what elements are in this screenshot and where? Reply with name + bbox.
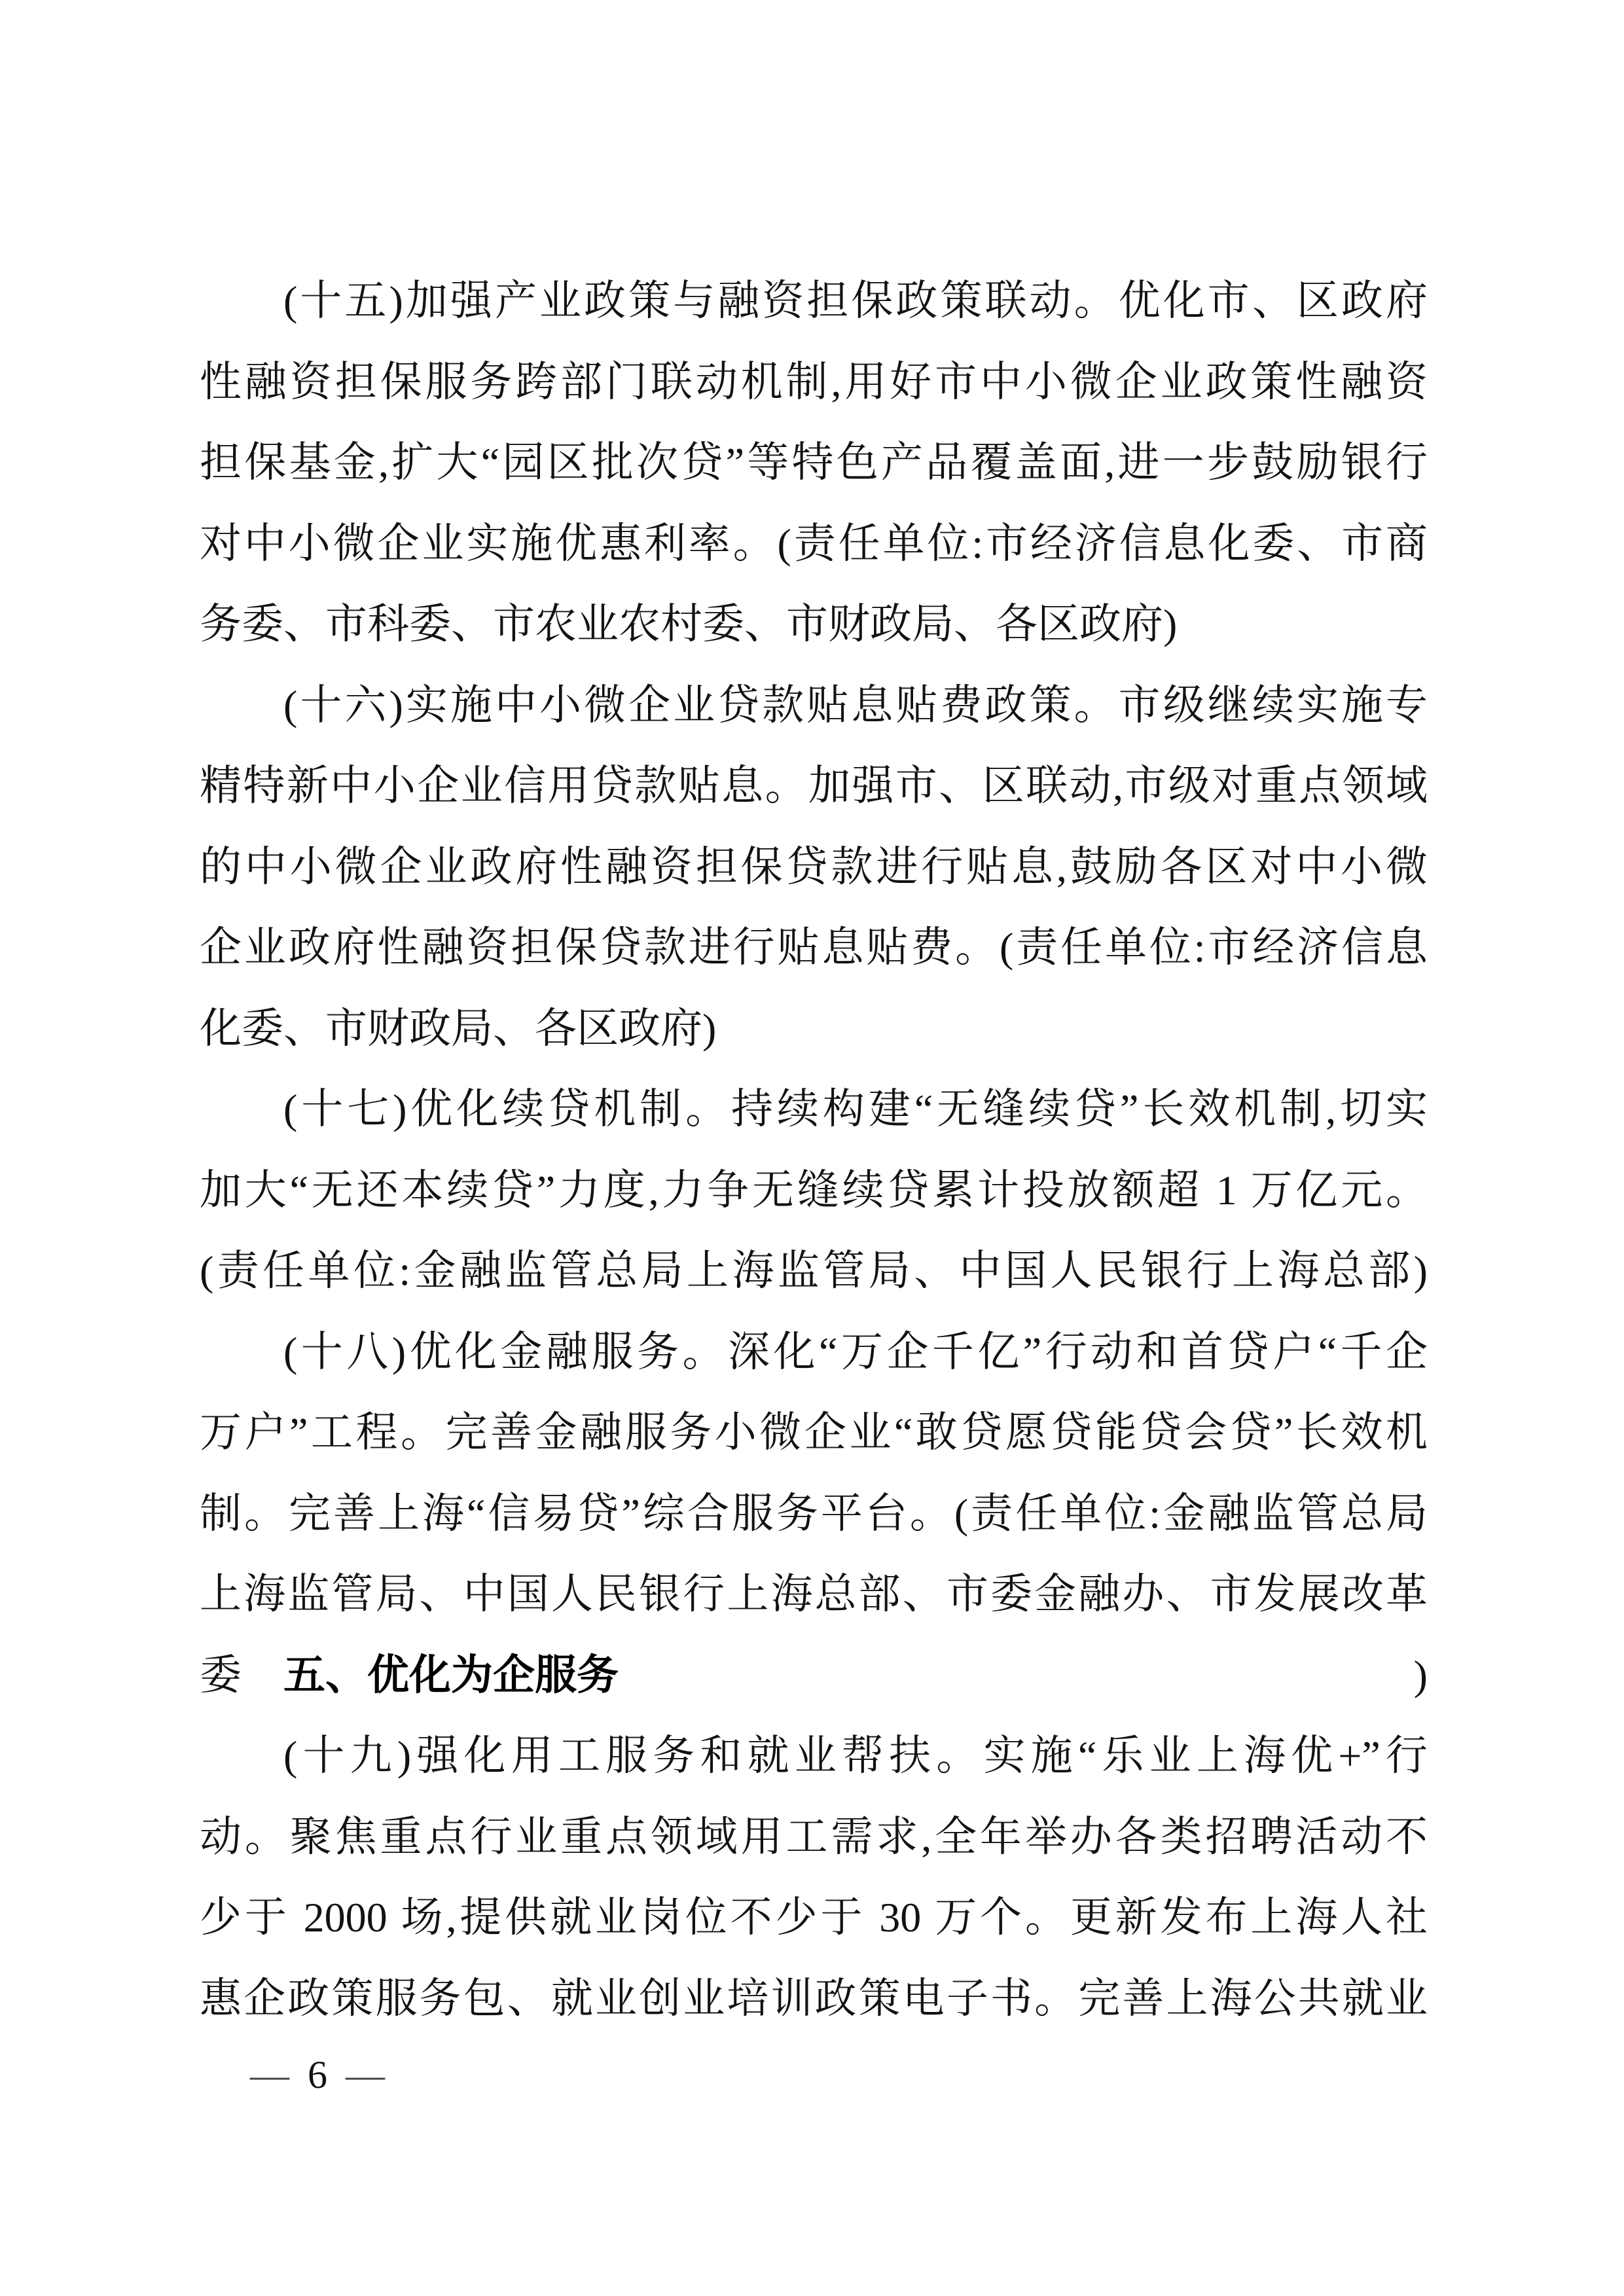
text-line: (十五)加强产业政策与融资担保政策联动。优化市、区政府 — [200, 260, 1428, 342]
text-line: (十六)实施中小微企业贷款贴息贴费政策。市级继续实施专 — [200, 665, 1428, 746]
text-line: 的中小微企业政府性融资担保贷款进行贴息,鼓励各区对中小微 — [200, 827, 1428, 908]
footer-dash-right: — — [346, 2047, 385, 2102]
page-footer: —6— — [250, 2047, 385, 2102]
text-line: 加大“无还本续贷”力度,力争无缝续贷累计投放额超 1 万亿元。 — [200, 1150, 1428, 1231]
text-line: 动。聚焦重点行业重点领域用工需求,全年举办各类招聘活动不 — [200, 1797, 1428, 1878]
text-line: 性融资担保服务跨部门联动机制,用好市中小微企业政策性融资 — [200, 342, 1428, 423]
text-line: 惠企政策服务包、就业创业培训政策电子书。完善上海公共就业 — [200, 1958, 1428, 2039]
footer-page-number: 6 — [308, 2047, 327, 2102]
text-line: 少于 2000 场,提供就业岗位不少于 30 万个。更新发布上海人社 — [200, 1877, 1428, 1958]
text-line: (十七)优化续贷机制。持续构建“无缝续贷”长效机制,切实 — [200, 1069, 1428, 1150]
document-body: (十五)加强产业政策与融资担保政策联动。优化市、区政府性融资担保服务跨部门联动机… — [200, 260, 1428, 2039]
document-page: (十五)加强产业政策与融资担保政策联动。优化市、区政府性融资担保服务跨部门联动机… — [0, 0, 1624, 2296]
text-line: 务委、市科委、市农业农村委、市财政局、各区政府) — [200, 584, 1428, 665]
text-line: 万户”工程。完善金融服务小微企业“敢贷愿贷能贷会贷”长效机 — [200, 1392, 1428, 1473]
text-line: (十九)强化用工服务和就业帮扶。实施“乐业上海优+”行 — [200, 1715, 1428, 1797]
text-line: 对中小微企业实施优惠利率。(责任单位:市经济信息化委、市商 — [200, 503, 1428, 584]
text-line: (十八)优化金融服务。深化“万企千亿”行动和首贷户“千企 — [200, 1312, 1428, 1393]
text-line: 制。完善上海“信易贷”综合服务平台。(责任单位:金融监管总局 — [200, 1473, 1428, 1554]
text-line: 精特新中小企业信用贷款贴息。加强市、区联动,市级对重点领域 — [200, 745, 1428, 827]
text-line: 企业政府性融资担保贷款进行贴息贴费。(责任单位:市经济信息 — [200, 907, 1428, 988]
text-line: (责任单位:金融监管总局上海监管局、中国人民银行上海总部) — [200, 1230, 1428, 1312]
text-line: 化委、市财政局、各区政府) — [200, 988, 1428, 1069]
footer-dash-left: — — [250, 2047, 289, 2102]
text-line: 担保基金,扩大“园区批次贷”等特色产品覆盖面,进一步鼓励银行 — [200, 422, 1428, 503]
text-line: 上海监管局、中国人民银行上海总部、市委金融办、市发展改革委) — [200, 1554, 1428, 1635]
